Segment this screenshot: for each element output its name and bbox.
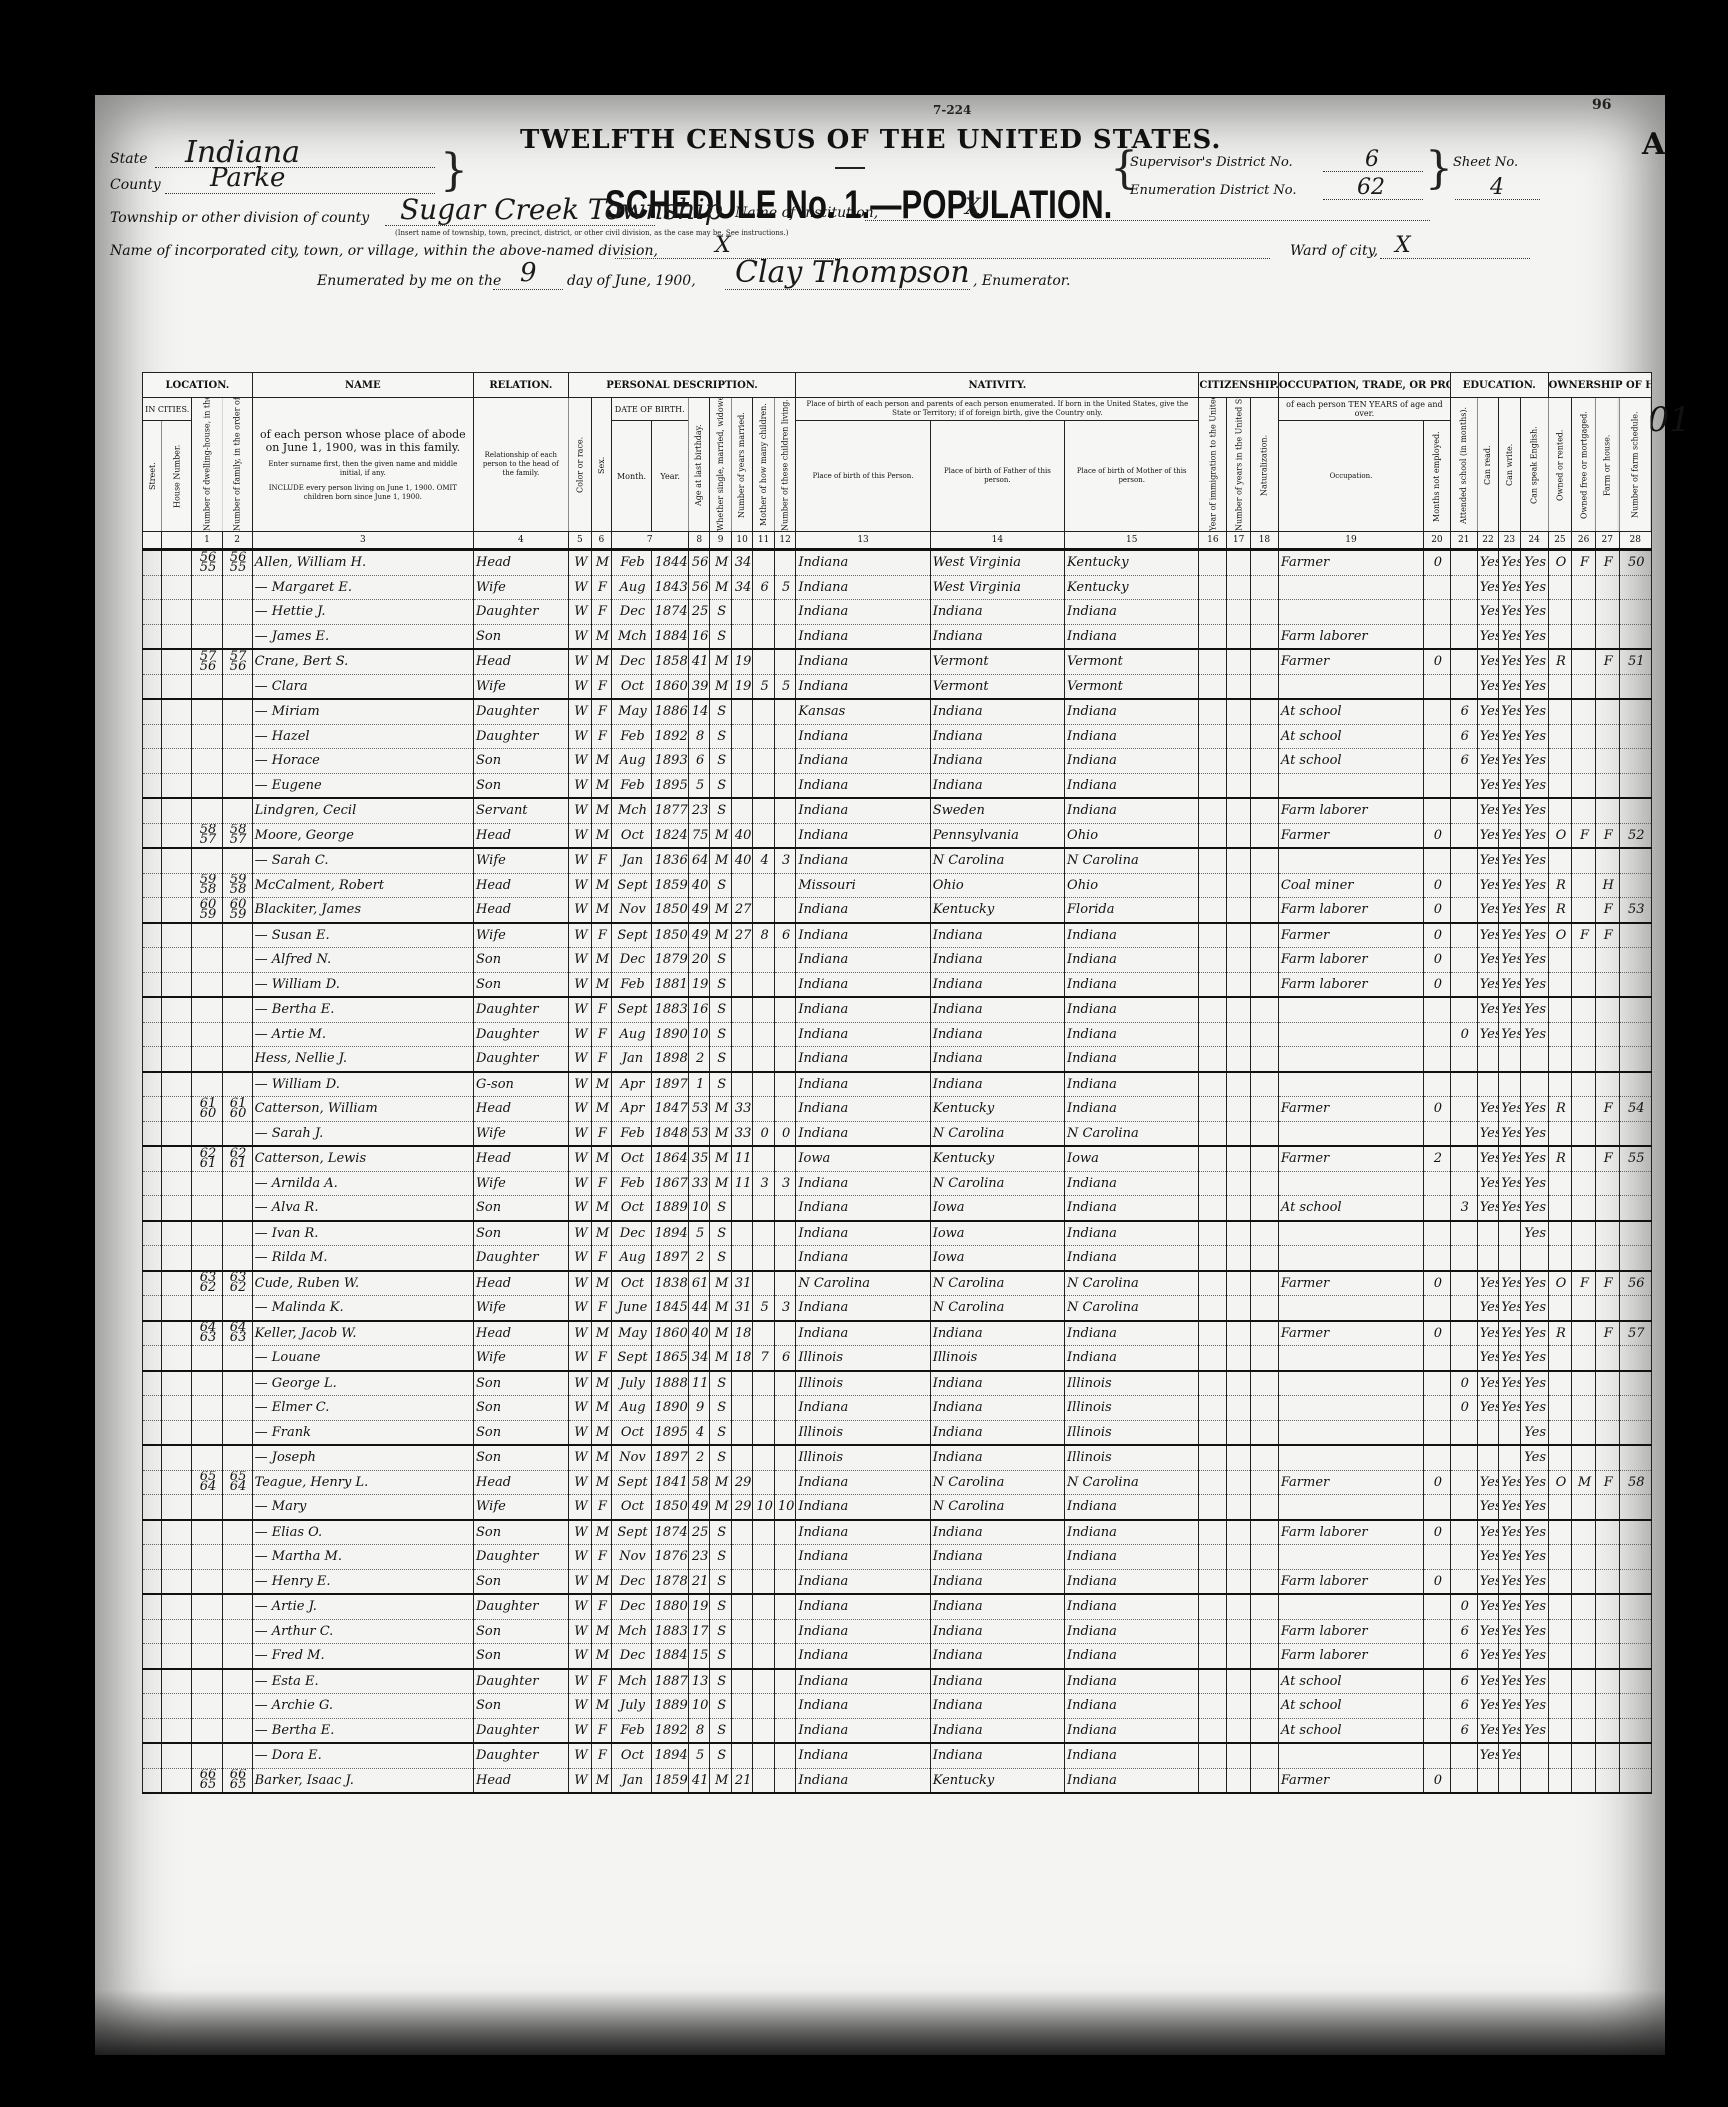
cell-farm-house: F xyxy=(1595,898,1619,923)
table-row: — William D.SonWMFeb188119SIndianaIndian… xyxy=(143,972,1652,997)
cell-naturalization xyxy=(1250,798,1278,823)
cell-sex: F xyxy=(592,699,611,724)
cell-farm-house xyxy=(1595,1445,1619,1470)
cell-can-read: Yes xyxy=(1477,1495,1498,1520)
cell-marital: S xyxy=(710,997,731,1022)
cell-birthplace-father: Indiana xyxy=(930,923,1064,948)
cell-owned-rented xyxy=(1548,848,1572,873)
cell-age: 20 xyxy=(688,948,709,973)
table-row: — MaryWifeWFOct185049M291010IndianaN Car… xyxy=(143,1495,1652,1520)
brace-close: } xyxy=(1425,143,1453,194)
cell-months-unemployed xyxy=(1423,1594,1450,1619)
cell-children-living xyxy=(774,600,796,625)
cell-farm-schedule: 56 xyxy=(1619,1271,1651,1296)
cell-color: W xyxy=(568,848,592,873)
cell-farm-house xyxy=(1595,724,1619,749)
cell-dwelling xyxy=(192,1445,222,1470)
cell-years-in-us xyxy=(1227,923,1251,948)
cell-months-unemployed xyxy=(1423,699,1450,724)
cell-color: W xyxy=(568,798,592,823)
stamp-number: 96 xyxy=(1592,97,1611,113)
cell-sex: M xyxy=(592,1196,611,1221)
cell-birthplace-mother: Indiana xyxy=(1065,948,1199,973)
cell-marital: M xyxy=(710,649,731,674)
cell-person-name: — James E. xyxy=(252,624,473,649)
cell-mother-of xyxy=(753,724,774,749)
cell-naturalization xyxy=(1250,848,1278,873)
cell-farm-house xyxy=(1595,1420,1619,1445)
cell-immigration-year xyxy=(1199,1371,1227,1396)
cell-person-name: — Hazel xyxy=(252,724,473,749)
cell-children-living xyxy=(774,773,796,798)
cell-birthplace-mother: Indiana xyxy=(1065,1694,1199,1719)
cell-attended-school xyxy=(1450,1743,1477,1768)
cell-birth-month: Jan xyxy=(611,848,652,873)
cell-birth-month: Mch xyxy=(611,1669,652,1694)
cell-sex: F xyxy=(592,1246,611,1271)
group-name: NAME xyxy=(252,373,473,398)
sub-children-living: Number of these children living. xyxy=(774,398,796,532)
cell-age: 14 xyxy=(688,699,709,724)
cell-age: 64 xyxy=(688,848,709,873)
cell-color: W xyxy=(568,1121,592,1146)
cell-owned-rented xyxy=(1548,1569,1572,1594)
cell-years-married: 27 xyxy=(731,923,752,948)
cell-sex: M xyxy=(592,749,611,774)
cell-street xyxy=(143,1470,162,1495)
cell-street xyxy=(143,1718,162,1743)
table-row: — Margaret E.WifeWFAug184356M3465Indiana… xyxy=(143,575,1652,600)
cell-birth-year: 1894 xyxy=(652,1221,689,1246)
cell-can-write: Yes xyxy=(1499,1619,1520,1644)
cell-attended-school xyxy=(1450,873,1477,898)
cell-marital: M xyxy=(710,1146,731,1171)
sub-naturalization: Naturalization. xyxy=(1250,398,1278,532)
cell-occupation xyxy=(1278,1171,1423,1196)
cell-birthplace-person: Kansas xyxy=(796,699,930,724)
cell-farm-house xyxy=(1595,1619,1619,1644)
cell-farm-house xyxy=(1595,1346,1619,1371)
cell-sex: M xyxy=(592,773,611,798)
cell-years-married xyxy=(731,972,752,997)
cell-can-speak-english: Yes xyxy=(1520,550,1548,576)
cell-dwelling xyxy=(192,1047,222,1072)
cell-sex: M xyxy=(592,1619,611,1644)
cell-sex: M xyxy=(592,972,611,997)
cell-owned-rented xyxy=(1548,1520,1572,1545)
cell-mother-of: 10 xyxy=(753,1495,774,1520)
cell-person-name: — Horace xyxy=(252,749,473,774)
cell-street xyxy=(143,1594,162,1619)
cell-birth-month: Oct xyxy=(611,1196,652,1221)
cell-person-name: — Henry E. xyxy=(252,1569,473,1594)
cell-can-speak-english: Yes xyxy=(1520,773,1548,798)
cell-years-married xyxy=(731,798,752,823)
cell-owned-rented xyxy=(1548,724,1572,749)
column-number: 16 xyxy=(1199,532,1227,550)
cell-can-read: Yes xyxy=(1477,1146,1498,1171)
cell-street xyxy=(143,898,162,923)
table-row: — Elias O.SonWMSept187425SIndianaIndiana… xyxy=(143,1520,1652,1545)
cell-birthplace-person: Indiana xyxy=(796,848,930,873)
census-rows: 56 5556 55Allen, William H.HeadWMFeb1844… xyxy=(143,550,1652,1794)
cell-attended-school xyxy=(1450,1047,1477,1072)
cell-mother-of xyxy=(753,1743,774,1768)
cell-street xyxy=(143,550,162,576)
cell-birth-month: Apr xyxy=(611,1072,652,1097)
cell-immigration-year xyxy=(1199,699,1227,724)
sub-years-married: Number of years married. xyxy=(731,398,752,532)
cell-person-name: Cude, Ruben W. xyxy=(252,1271,473,1296)
cell-street xyxy=(143,1545,162,1570)
column-number: 21 xyxy=(1450,532,1477,550)
cell-years-in-us xyxy=(1227,1097,1251,1122)
cell-years-married xyxy=(731,1221,752,1246)
cell-owned-free xyxy=(1572,1196,1596,1221)
cell-color: W xyxy=(568,1495,592,1520)
cell-family xyxy=(222,1072,252,1097)
cell-marital: M xyxy=(710,575,731,600)
cell-relation: Head xyxy=(474,823,569,848)
table-row: 63 6263 62Cude, Ruben W.HeadWMOct183861M… xyxy=(143,1271,1652,1296)
cell-farm-house xyxy=(1595,997,1619,1022)
cell-immigration-year xyxy=(1199,1121,1227,1146)
cell-months-unemployed xyxy=(1423,674,1450,699)
cell-can-read: Yes xyxy=(1477,873,1498,898)
cell-months-unemployed: 0 xyxy=(1423,898,1450,923)
cell-years-married xyxy=(731,1520,752,1545)
cell-attended-school xyxy=(1450,1569,1477,1594)
cell-person-name: Lindgren, Cecil xyxy=(252,798,473,823)
cell-family xyxy=(222,1346,252,1371)
cell-marital: S xyxy=(710,1644,731,1669)
cell-birth-month: Oct xyxy=(611,1271,652,1296)
cell-sex: F xyxy=(592,923,611,948)
cell-birthplace-father: Indiana xyxy=(930,1420,1064,1445)
cell-can-speak-english: Yes xyxy=(1520,1097,1548,1122)
table-row: — Alfred N.SonWMDec187920SIndianaIndiana… xyxy=(143,948,1652,973)
cell-naturalization xyxy=(1250,699,1278,724)
cell-relation: Son xyxy=(474,948,569,973)
cell-years-married: 11 xyxy=(731,1171,752,1196)
cell-birthplace-mother: Indiana xyxy=(1065,1718,1199,1743)
cell-sex: M xyxy=(592,1420,611,1445)
cell-farm-schedule: 50 xyxy=(1619,550,1651,576)
cell-age: 40 xyxy=(688,873,709,898)
group-citizenship: CITIZENSHIP. xyxy=(1199,373,1279,398)
group-relation: RELATION. xyxy=(474,373,569,398)
cell-attended-school xyxy=(1450,848,1477,873)
cell-can-speak-english: Yes xyxy=(1520,1495,1548,1520)
group-education: EDUCATION. xyxy=(1450,373,1548,398)
cell-immigration-year xyxy=(1199,674,1227,699)
cell-birthplace-mother: N Carolina xyxy=(1065,1271,1199,1296)
cell-birthplace-father: Ohio xyxy=(930,873,1064,898)
cell-months-unemployed: 0 xyxy=(1423,1768,1450,1793)
cell-birth-month: Dec xyxy=(611,948,652,973)
enumerator-suffix: , Enumerator. xyxy=(973,273,1070,289)
cell-owned-rented xyxy=(1548,1047,1572,1072)
cell-family xyxy=(222,972,252,997)
cell-relation: Son xyxy=(474,624,569,649)
name-instr-text: Enter surname first, then the given name… xyxy=(257,460,469,478)
cell-marital: S xyxy=(710,1694,731,1719)
cell-attended-school xyxy=(1450,550,1477,576)
cell-dwelling xyxy=(192,1396,222,1421)
cell-years-married xyxy=(731,1545,752,1570)
cell-birthplace-father: Indiana xyxy=(930,1022,1064,1047)
cell-relation: Head xyxy=(474,1470,569,1495)
cell-marital: S xyxy=(710,1396,731,1421)
cell-owned-free xyxy=(1572,1396,1596,1421)
cell-mother-of xyxy=(753,1072,774,1097)
cell-birthplace-father: Indiana xyxy=(930,1594,1064,1619)
cell-street xyxy=(143,1171,162,1196)
cell-birth-month: Feb xyxy=(611,1718,652,1743)
cell-children-living xyxy=(774,1545,796,1570)
cell-relation: Wife xyxy=(474,674,569,699)
cell-birth-year: 1864 xyxy=(652,1146,689,1171)
cell-naturalization xyxy=(1250,997,1278,1022)
cell-owned-free xyxy=(1572,1346,1596,1371)
cell-person-name: — Hettie J. xyxy=(252,600,473,625)
cell-person-name: — Eugene xyxy=(252,773,473,798)
cell-street xyxy=(143,1296,162,1321)
cell-owned-free xyxy=(1572,898,1596,923)
cell-months-unemployed xyxy=(1423,1495,1450,1520)
cell-birthplace-father: West Virginia xyxy=(930,550,1064,576)
cell-family: 60 59 xyxy=(222,898,252,923)
cell-naturalization xyxy=(1250,550,1278,576)
cell-birth-year: 1894 xyxy=(652,1743,689,1768)
cell-relation: Daughter xyxy=(474,1594,569,1619)
cell-mother-of: 0 xyxy=(753,1121,774,1146)
cell-street xyxy=(143,1346,162,1371)
table-row: — Bertha E.DaughterWFSept188316SIndianaI… xyxy=(143,997,1652,1022)
cell-mother-of xyxy=(753,699,774,724)
cell-birthplace-father: Kentucky xyxy=(930,1768,1064,1793)
cell-birth-month: Nov xyxy=(611,1545,652,1570)
cell-farm-house xyxy=(1595,674,1619,699)
cell-farm-schedule xyxy=(1619,1371,1651,1396)
county-value: Parke xyxy=(210,163,285,193)
cell-years-married xyxy=(731,1072,752,1097)
cell-owned-free xyxy=(1572,674,1596,699)
cell-immigration-year xyxy=(1199,1743,1227,1768)
cell-birthplace-person: Indiana xyxy=(796,798,930,823)
cell-years-in-us xyxy=(1227,1047,1251,1072)
cell-birthplace-father: Indiana xyxy=(930,972,1064,997)
cell-dwelling xyxy=(192,948,222,973)
column-number: 26 xyxy=(1572,532,1596,550)
cell-person-name: — Rilda M. xyxy=(252,1246,473,1271)
cell-years-married xyxy=(731,1569,752,1594)
group-location: LOCATION. xyxy=(143,373,253,398)
cell-color: W xyxy=(568,1545,592,1570)
cell-color: W xyxy=(568,1271,592,1296)
cell-years-in-us xyxy=(1227,1594,1251,1619)
cell-farm-house: F xyxy=(1595,1271,1619,1296)
cell-birth-year: 1850 xyxy=(652,923,689,948)
cell-marital: M xyxy=(710,898,731,923)
cell-relation: Daughter xyxy=(474,1022,569,1047)
cell-dwelling xyxy=(192,1196,222,1221)
cell-naturalization xyxy=(1250,873,1278,898)
cell-house xyxy=(162,1619,192,1644)
cell-months-unemployed xyxy=(1423,1420,1450,1445)
cell-marital: M xyxy=(710,848,731,873)
cell-dwelling xyxy=(192,1669,222,1694)
cell-children-living xyxy=(774,1146,796,1171)
cell-birthplace-mother: Indiana xyxy=(1065,699,1199,724)
cell-farm-schedule xyxy=(1619,798,1651,823)
cell-birth-month: Feb xyxy=(611,550,652,576)
cell-house xyxy=(162,1346,192,1371)
city-label: Name of incorporated city, town, or vill… xyxy=(110,243,658,259)
column-number xyxy=(162,532,192,550)
cell-person-name: — Fred M. xyxy=(252,1644,473,1669)
cell-birth-year: 1847 xyxy=(652,1097,689,1122)
cell-house xyxy=(162,699,192,724)
cell-birthplace-person: Indiana xyxy=(796,1495,930,1520)
column-number: 28 xyxy=(1619,532,1651,550)
cell-can-write: Yes xyxy=(1499,1669,1520,1694)
cell-children-living: 3 xyxy=(774,1171,796,1196)
cell-can-write: Yes xyxy=(1499,749,1520,774)
cell-occupation: Farmer xyxy=(1278,1271,1423,1296)
county-line xyxy=(165,193,435,194)
cell-birth-month: Sept xyxy=(611,1470,652,1495)
cell-years-in-us xyxy=(1227,1121,1251,1146)
cell-farm-schedule xyxy=(1619,1644,1651,1669)
cell-attended-school xyxy=(1450,1346,1477,1371)
cell-years-in-us xyxy=(1227,1346,1251,1371)
cell-owned-rented xyxy=(1548,1743,1572,1768)
cell-birthplace-mother: Indiana xyxy=(1065,1644,1199,1669)
cell-street xyxy=(143,1221,162,1246)
day-line xyxy=(493,289,563,290)
cell-birthplace-person: Indiana xyxy=(796,1072,930,1097)
cell-dwelling: 59 58 xyxy=(192,873,222,898)
cell-owned-free xyxy=(1572,1097,1596,1122)
cell-immigration-year xyxy=(1199,997,1227,1022)
cell-dwelling xyxy=(192,972,222,997)
cell-years-married xyxy=(731,1246,752,1271)
cell-can-speak-english: Yes xyxy=(1520,1694,1548,1719)
cell-occupation: Farm laborer xyxy=(1278,798,1423,823)
cell-years-married xyxy=(731,724,752,749)
cell-years-in-us xyxy=(1227,1669,1251,1694)
cell-can-read: Yes xyxy=(1477,923,1498,948)
table-row: — Artie J.DaughterWFDec188019SIndianaInd… xyxy=(143,1594,1652,1619)
cell-birth-month: Sept xyxy=(611,1520,652,1545)
cell-mother-of xyxy=(753,1196,774,1221)
cell-children-living xyxy=(774,873,796,898)
cell-relation: Head xyxy=(474,1271,569,1296)
sub-mother-of: Mother of how many children. xyxy=(753,398,774,532)
cell-mother-of xyxy=(753,1420,774,1445)
cell-birthplace-mother: Indiana xyxy=(1065,1495,1199,1520)
sub-birth-mother: Place of birth of Mother of this person. xyxy=(1065,421,1199,532)
cell-can-speak-english xyxy=(1520,1047,1548,1072)
table-row: — Archie G.SonWMJuly188910SIndianaIndian… xyxy=(143,1694,1652,1719)
cell-dwelling xyxy=(192,773,222,798)
cell-person-name: — Joseph xyxy=(252,1445,473,1470)
cell-owned-rented: O xyxy=(1548,823,1572,848)
cell-farm-schedule xyxy=(1619,1545,1651,1570)
cell-marital: S xyxy=(710,1569,731,1594)
cell-occupation: Farmer xyxy=(1278,649,1423,674)
cell-farm-schedule xyxy=(1619,1296,1651,1321)
cell-naturalization xyxy=(1250,749,1278,774)
cell-owned-free xyxy=(1572,948,1596,973)
cell-house xyxy=(162,674,192,699)
sub-age: Age at last birthday. xyxy=(688,398,709,532)
cell-years-in-us xyxy=(1227,1743,1251,1768)
cell-birthplace-father: Indiana xyxy=(930,1644,1064,1669)
cell-farm-schedule xyxy=(1619,1346,1651,1371)
name-include-text: INCLUDE every person living on June 1, 1… xyxy=(257,484,469,502)
cell-years-married xyxy=(731,873,752,898)
cell-owned-rented: R xyxy=(1548,1321,1572,1346)
cell-owned-free xyxy=(1572,1171,1596,1196)
cell-dwelling xyxy=(192,1495,222,1520)
cell-can-write: Yes xyxy=(1499,624,1520,649)
cell-months-unemployed xyxy=(1423,1619,1450,1644)
cell-person-name: — Elias O. xyxy=(252,1520,473,1545)
cell-occupation xyxy=(1278,1246,1423,1271)
cell-months-unemployed: 0 xyxy=(1423,972,1450,997)
cell-occupation xyxy=(1278,1396,1423,1421)
cell-immigration-year xyxy=(1199,1718,1227,1743)
cell-farm-schedule xyxy=(1619,1022,1651,1047)
cell-attended-school: 6 xyxy=(1450,724,1477,749)
cell-children-living xyxy=(774,1594,796,1619)
cell-can-write: Yes xyxy=(1499,997,1520,1022)
cell-relation: Head xyxy=(474,1768,569,1793)
cell-sex: M xyxy=(592,1271,611,1296)
cell-birthplace-mother: Indiana xyxy=(1065,1520,1199,1545)
cell-occupation: Coal miner xyxy=(1278,873,1423,898)
cell-house xyxy=(162,773,192,798)
cell-sex: F xyxy=(592,1047,611,1072)
cell-immigration-year xyxy=(1199,1495,1227,1520)
cell-occupation xyxy=(1278,674,1423,699)
cell-person-name: — Esta E. xyxy=(252,1669,473,1694)
cell-color: W xyxy=(568,624,592,649)
cell-birthplace-father: Kentucky xyxy=(930,898,1064,923)
cell-birthplace-mother: Iowa xyxy=(1065,1146,1199,1171)
cell-color: W xyxy=(568,1171,592,1196)
cell-dwelling: 65 64 xyxy=(192,1470,222,1495)
enumerated-middle: day of June, 1900, xyxy=(567,273,696,289)
cell-sex: M xyxy=(592,1520,611,1545)
cell-birth-year: 1889 xyxy=(652,1694,689,1719)
cell-birthplace-person: Indiana xyxy=(796,773,930,798)
cell-birthplace-person: Indiana xyxy=(796,1669,930,1694)
cell-farm-schedule xyxy=(1619,848,1651,873)
cell-person-name: — William D. xyxy=(252,972,473,997)
cell-marital: S xyxy=(710,1545,731,1570)
cell-street xyxy=(143,823,162,848)
cell-owned-rented xyxy=(1548,624,1572,649)
cell-can-read xyxy=(1477,1221,1498,1246)
cell-marital: S xyxy=(710,1246,731,1271)
cell-owned-free xyxy=(1572,1047,1596,1072)
sub-farm-house: Farm or house. xyxy=(1595,398,1619,532)
cell-years-in-us xyxy=(1227,749,1251,774)
cell-can-speak-english: Yes xyxy=(1520,1718,1548,1743)
